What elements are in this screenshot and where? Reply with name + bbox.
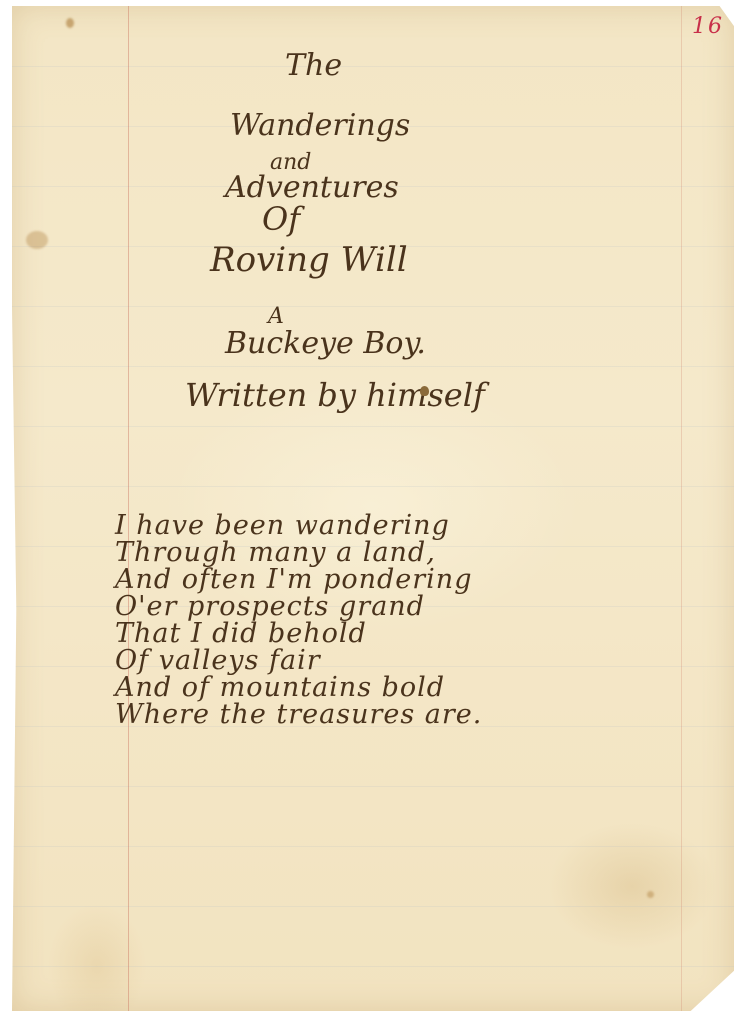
poem-line: Through many a land, <box>115 539 482 566</box>
poem-line: That I did behold <box>115 620 482 647</box>
ruled-line <box>12 306 734 307</box>
poem-stanza: I have been wandering Through many a lan… <box>115 512 482 728</box>
title-line-buckeye-boy: Buckeye Boy. <box>225 326 426 361</box>
ruled-line <box>12 846 734 847</box>
poem-line: And often I'm pondering <box>115 566 482 593</box>
title-line-the: The <box>285 48 342 83</box>
poem-line: Of valleys fair <box>115 647 482 674</box>
title-line-adventures: Adventures <box>225 170 399 205</box>
left-margin-rule <box>128 6 129 1011</box>
ruled-line <box>12 786 734 787</box>
title-line-written-by-himself: Written by himself <box>185 376 485 414</box>
page-number: 16 <box>692 14 724 39</box>
ruled-line <box>12 906 734 907</box>
right-margin-rule <box>681 6 682 1011</box>
ruled-line <box>12 966 734 967</box>
title-line-roving-will: Roving Will <box>210 240 408 280</box>
ink-stain <box>66 18 74 28</box>
title-line-wanderings: Wanderings <box>230 108 410 143</box>
poem-line: O'er prospects grand <box>115 593 482 620</box>
poem-line: And of mountains bold <box>115 674 482 701</box>
poem-line: I have been wandering <box>115 512 482 539</box>
folded-corner <box>721 984 734 1011</box>
poem-line: Where the treasures are. <box>115 701 482 728</box>
title-line-of: Of <box>262 200 300 238</box>
water-stain <box>26 231 48 249</box>
ruled-line <box>12 366 734 367</box>
ruled-line <box>12 486 734 487</box>
ruled-line <box>12 66 734 67</box>
ruled-line <box>12 426 734 427</box>
manuscript-page <box>12 6 734 1011</box>
ink-blot <box>420 386 429 396</box>
ink-stain <box>647 891 654 898</box>
